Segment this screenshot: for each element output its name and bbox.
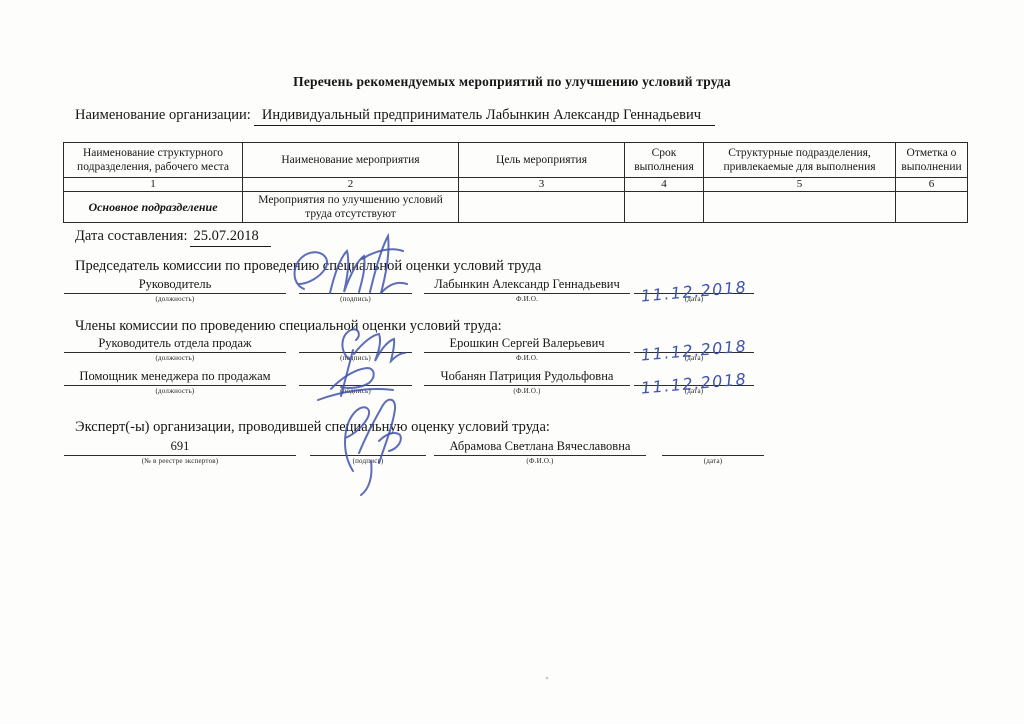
- position-value: Руководитель: [64, 276, 286, 294]
- name-caption: (Ф.И.О.): [424, 386, 630, 395]
- table-header-row: Наименование структурного подразделения,…: [64, 143, 968, 178]
- position-field: Руководитель (должность): [64, 276, 286, 303]
- date-line: [662, 438, 764, 456]
- name-value: Чобанян Патриция Рудольфовна: [424, 368, 630, 386]
- registry-number-caption: (№ в реестре экспертов): [64, 456, 296, 465]
- name-value: Ерошкин Сергей Валерьевич: [424, 335, 630, 353]
- header-department: Наименование структурного подразделения,…: [64, 143, 243, 178]
- name-field: Ерошкин Сергей Валерьевич Ф.И.О.: [424, 335, 630, 362]
- position-value: Руководитель отдела продаж: [64, 335, 286, 353]
- measures-table: Наименование структурного подразделения,…: [63, 142, 968, 223]
- cell-measure: Мероприятия по улучшению условий труда о…: [243, 192, 459, 223]
- column-number: 3: [459, 178, 625, 192]
- signature-field: (подпись): [299, 276, 412, 303]
- signature-caption: (подпись): [299, 353, 412, 362]
- position-field: Помощник менеджера по продажам (должност…: [64, 368, 286, 395]
- position-field: Руководитель отдела продаж (должность): [64, 335, 286, 362]
- date-line: [634, 276, 754, 294]
- table-number-row: 1 2 3 4 5 6: [64, 178, 968, 192]
- signature-field: (подпись): [299, 368, 412, 395]
- name-caption: (Ф.И.О.): [434, 456, 646, 465]
- column-number: 6: [896, 178, 968, 192]
- date-field: (дата): [662, 438, 764, 465]
- position-caption: (должность): [64, 353, 286, 362]
- organization-label: Наименование организации:: [75, 107, 251, 123]
- organization-value: Индивидуальный предприниматель Лабынкин …: [254, 107, 715, 126]
- document-title: Перечень рекомендуемых мероприятий по ул…: [0, 74, 1024, 90]
- date-caption: (дата): [634, 294, 754, 303]
- header-measure: Наименование мероприятия: [243, 143, 459, 178]
- date-line: [634, 335, 754, 353]
- position-caption: (должность): [64, 294, 286, 303]
- members-section-heading: Члены комиссии по проведению специальной…: [75, 318, 502, 335]
- name-caption: Ф.И.О.: [424, 353, 630, 362]
- date-caption: (дата): [662, 456, 764, 465]
- header-deadline: Срок выполнения: [625, 143, 704, 178]
- signature-field: (подпись): [310, 438, 426, 465]
- signature-caption: (подпись): [299, 386, 412, 395]
- date-caption: (дата): [634, 386, 754, 395]
- header-goal: Цель мероприятия: [459, 143, 625, 178]
- name-field: Лабынкин Александр Геннадьевич Ф.И.О.: [424, 276, 630, 303]
- signature-line: [299, 368, 412, 386]
- scanned-document-page: Перечень рекомендуемых мероприятий по ул…: [0, 0, 1024, 724]
- expert-section-heading: Эксперт(-ы) организации, проводившей спе…: [75, 419, 550, 436]
- header-mark: Отметка о выполнении: [896, 143, 968, 178]
- column-number: 5: [704, 178, 896, 192]
- compile-date-value: 25.07.2018: [190, 228, 271, 247]
- date-field: 11.12.2018 (дата): [634, 335, 754, 362]
- position-value: Помощник менеджера по продажам: [64, 368, 286, 386]
- table-row: Основное подразделение Мероприятия по ул…: [64, 192, 968, 223]
- cell-mark: [896, 192, 968, 223]
- position-caption: (должность): [64, 386, 286, 395]
- column-number: 4: [625, 178, 704, 192]
- date-line: [634, 368, 754, 386]
- cell-involved: [704, 192, 896, 223]
- date-caption: (дата): [634, 353, 754, 362]
- name-value: Лабынкин Александр Геннадьевич: [424, 276, 630, 294]
- organization-line: Наименование организации:Индивидуальный …: [75, 107, 715, 126]
- column-number: 2: [243, 178, 459, 192]
- signature-caption: (подпись): [299, 294, 412, 303]
- name-value: Абрамова Светлана Вячеславовна: [434, 438, 646, 456]
- registry-number-value: 691: [64, 438, 296, 456]
- signature-line: [299, 276, 412, 294]
- cell-deadline: [625, 192, 704, 223]
- scan-speck: [546, 677, 549, 680]
- column-number: 1: [64, 178, 243, 192]
- cell-department: Основное подразделение: [64, 192, 243, 223]
- signature-field: (подпись): [299, 335, 412, 362]
- header-involved: Структурные подразделения, привлекаемые …: [704, 143, 896, 178]
- signature-caption: (подпись): [310, 456, 426, 465]
- compile-date-line: Дата составления:25.07.2018: [75, 228, 271, 247]
- registry-number-field: 691 (№ в реестре экспертов): [64, 438, 296, 465]
- signature-line: [299, 335, 412, 353]
- cell-goal: [459, 192, 625, 223]
- name-field: Чобанян Патриция Рудольфовна (Ф.И.О.): [424, 368, 630, 395]
- date-field: 11.12.2018 (дата): [634, 368, 754, 395]
- date-field: 11.12.2018 (дата): [634, 276, 754, 303]
- name-field: Абрамова Светлана Вячеславовна (Ф.И.О.): [434, 438, 646, 465]
- chairman-section-heading: Председатель комиссии по проведению спец…: [75, 258, 541, 275]
- compile-date-label: Дата составления:: [75, 228, 188, 244]
- signature-line: [310, 438, 426, 456]
- name-caption: Ф.И.О.: [424, 294, 630, 303]
